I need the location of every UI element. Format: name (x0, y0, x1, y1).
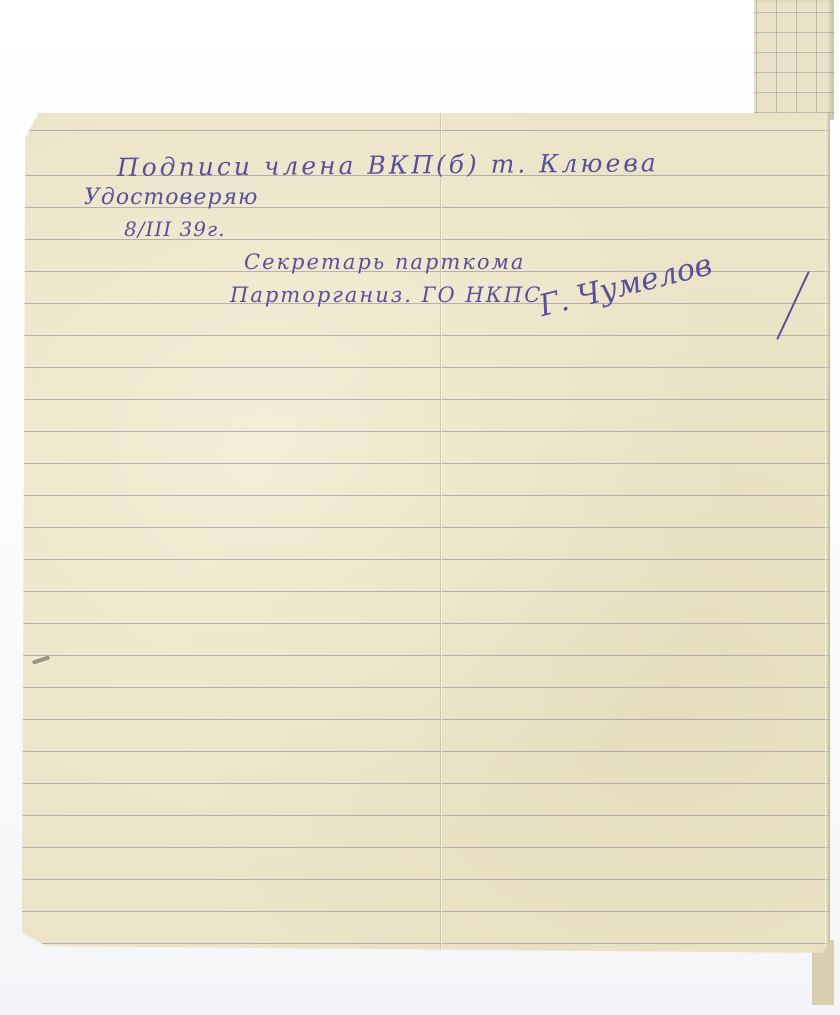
paper-right-edge (825, 113, 830, 958)
handwritten-organization: Парторганиз. ГО НКПС (230, 283, 542, 307)
document-scan: Подписи члена ВКП(б) т. Клюева Удостовер… (0, 0, 840, 1015)
handwritten-certify: Удостоверяю (84, 185, 258, 210)
handwritten-heading: Подписи члена ВКП(б) т. Клюева (117, 148, 659, 182)
center-fold (440, 113, 441, 958)
graph-paper-underlay (754, 0, 834, 120)
handwritten-date: 8/III 39г. (124, 217, 225, 241)
ruled-paper-sheet: Подписи члена ВКП(б) т. Клюева Удостовер… (22, 113, 830, 958)
handwritten-secretary-title: Секретарь парткома (244, 250, 525, 274)
